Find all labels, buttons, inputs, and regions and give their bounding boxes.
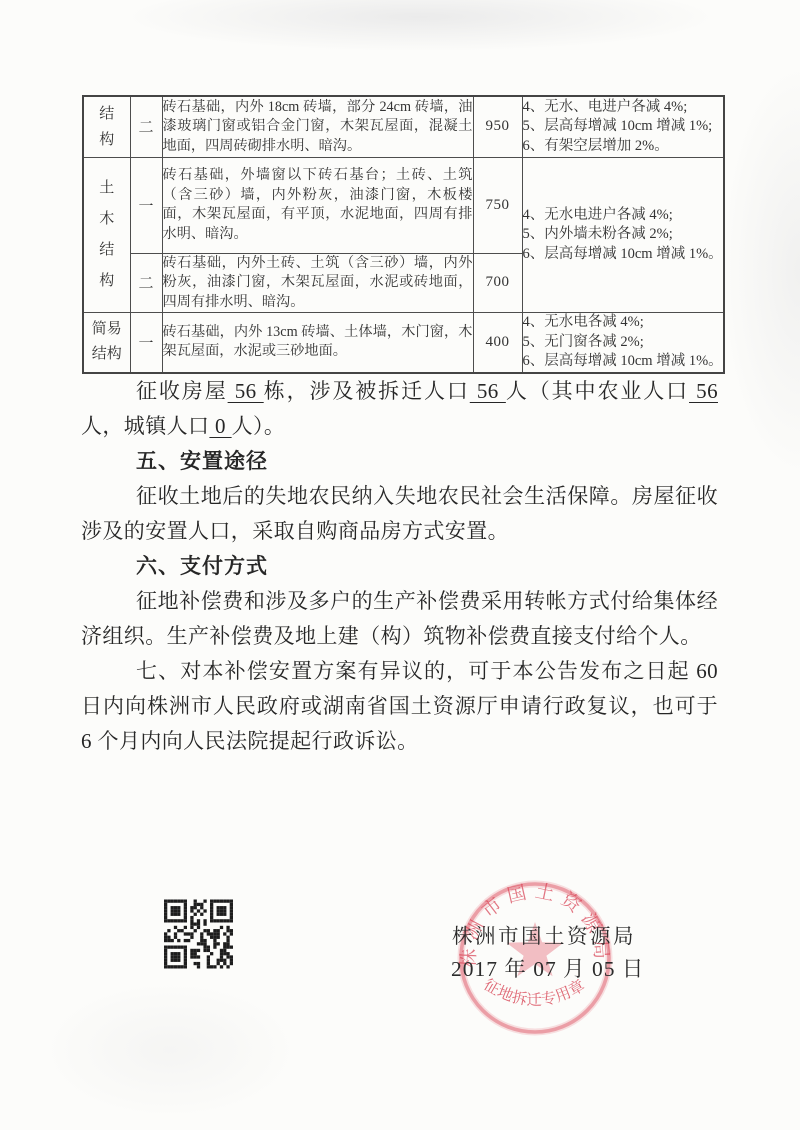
heading-section-6: 六、支付方式	[81, 549, 718, 584]
note-line: 6、层高每增减 10cm 增减 1%。	[523, 352, 724, 372]
grade-cell: 一	[130, 313, 162, 373]
paragraph-payment: 征地补偿费和涉及多户的生产补偿费采用转帐方式付给集体经济组织。生产补偿费及地上建…	[81, 584, 718, 654]
table-row: 简易结构 一 砖石基础，内外 13cm 砖墙、土体墙，木门窗，木架瓦屋面，水泥或…	[83, 313, 724, 373]
note-line: 5、内外墙未粉各减 2%;	[523, 225, 724, 245]
text-segment: 人（其中农业人口	[506, 379, 689, 403]
underlined-value: 56	[689, 379, 718, 403]
description-cell: 砖石基础，内外 13cm 砖墙、土体墙，木门窗，木架瓦屋面，水泥或三砂地面。	[162, 313, 473, 373]
price-cell: 950	[473, 96, 522, 157]
table-row: 结构 二 砖石基础，内外 18cm 砖墙，部分 24cm 砖墙，油漆玻璃门窗或铝…	[83, 96, 724, 157]
document-page: 结构 二 砖石基础，内外 18cm 砖墙，部分 24cm 砖墙，油漆玻璃门窗或铝…	[0, 0, 800, 1130]
scan-smudge	[720, 60, 800, 480]
note-line: 6、层高每增减 10cm 增减 1%。	[523, 245, 724, 265]
issuer-name: 株洲市国土资源局	[452, 919, 636, 949]
note-line: 5、无门窗各减 2%;	[523, 333, 724, 353]
description-cell: 砖石基础，外墙窗以下砖石基台；土砖、土筑（含三砂）墙，内外粉灰，油漆门窗，木板楼…	[162, 157, 473, 253]
underlined-value: 56	[228, 379, 264, 403]
grade-cell: 一	[130, 157, 162, 253]
issue-date: 2017 年 07 月 05 日	[451, 952, 644, 983]
paragraph-housing-stats: 征收房屋 56 栋，涉及被拆迁人口 56 人（其中农业人口 56人，城镇人口 0…	[81, 374, 718, 444]
paragraph-appeal: 七、对本补偿安置方案有异议的，可于本公告发布之日起 60 日内向株洲市人民政府或…	[81, 654, 718, 759]
category-cell: 结构	[83, 96, 130, 157]
description-cell: 砖石基础，内外 18cm 砖墙，部分 24cm 砖墙，油漆玻璃门窗或铝合金门窗，…	[162, 96, 473, 157]
description-cell: 砖石基础，内外土砖、土筑（含三砂）墙，内外粉灰，油漆门窗，木架瓦屋面，水泥或砖地…	[162, 253, 473, 313]
note-line: 6、有架空层增加 2%。	[523, 137, 724, 157]
category-cell: 土木结构	[83, 157, 130, 313]
compensation-table: 结构 二 砖石基础，内外 18cm 砖墙，部分 24cm 砖墙，油漆玻璃门窗或铝…	[82, 95, 725, 374]
text-segment: 人，城镇人口	[81, 414, 209, 438]
category-cell: 简易结构	[83, 313, 130, 373]
notes-cell: 4、无水电各减 4%; 5、无门窗各减 2%; 6、层高每增减 10cm 增减 …	[522, 313, 724, 373]
text-segment: 征收房屋	[136, 379, 228, 403]
qr-code	[164, 899, 233, 969]
scan-smudge	[40, 980, 300, 1120]
note-line: 5、层高每增减 10cm 增减 1%;	[523, 117, 724, 137]
price-cell: 700	[473, 253, 522, 313]
underlined-value: 0	[209, 414, 231, 438]
notes-cell: 4、无水、电进户各减 4%; 5、层高每增减 10cm 增减 1%; 6、有架空…	[522, 96, 724, 157]
price-cell: 750	[473, 157, 522, 253]
note-line: 4、无水、电进户各减 4%;	[523, 98, 724, 118]
underlined-value: 56	[470, 379, 506, 403]
paragraph-resettlement: 征收土地后的失地农民纳入失地农民社会生活保障。房屋征收涉及的安置人口，采取自购商…	[81, 479, 718, 549]
grade-cell: 二	[130, 96, 162, 157]
note-line: 4、无水电进户各减 4%;	[523, 206, 724, 226]
heading-section-5: 五、安置途径	[81, 444, 718, 479]
scan-smudge	[120, 0, 720, 52]
note-line: 4、无水电各减 4%;	[523, 313, 724, 333]
notes-cell: 4、无水电进户各减 4%; 5、内外墙未粉各减 2%; 6、层高每增减 10cm…	[522, 157, 724, 313]
price-cell: 400	[473, 313, 522, 373]
text-segment: 栋，涉及被拆迁人口	[264, 379, 470, 403]
table-row: 土木结构 一 砖石基础，外墙窗以下砖石基台；土砖、土筑（含三砂）墙，内外粉灰，油…	[83, 157, 724, 253]
text-segment: 人）。	[232, 414, 286, 438]
document-body: 征收房屋 56 栋，涉及被拆迁人口 56 人（其中农业人口 56人，城镇人口 0…	[81, 374, 718, 759]
grade-cell: 二	[130, 253, 162, 313]
